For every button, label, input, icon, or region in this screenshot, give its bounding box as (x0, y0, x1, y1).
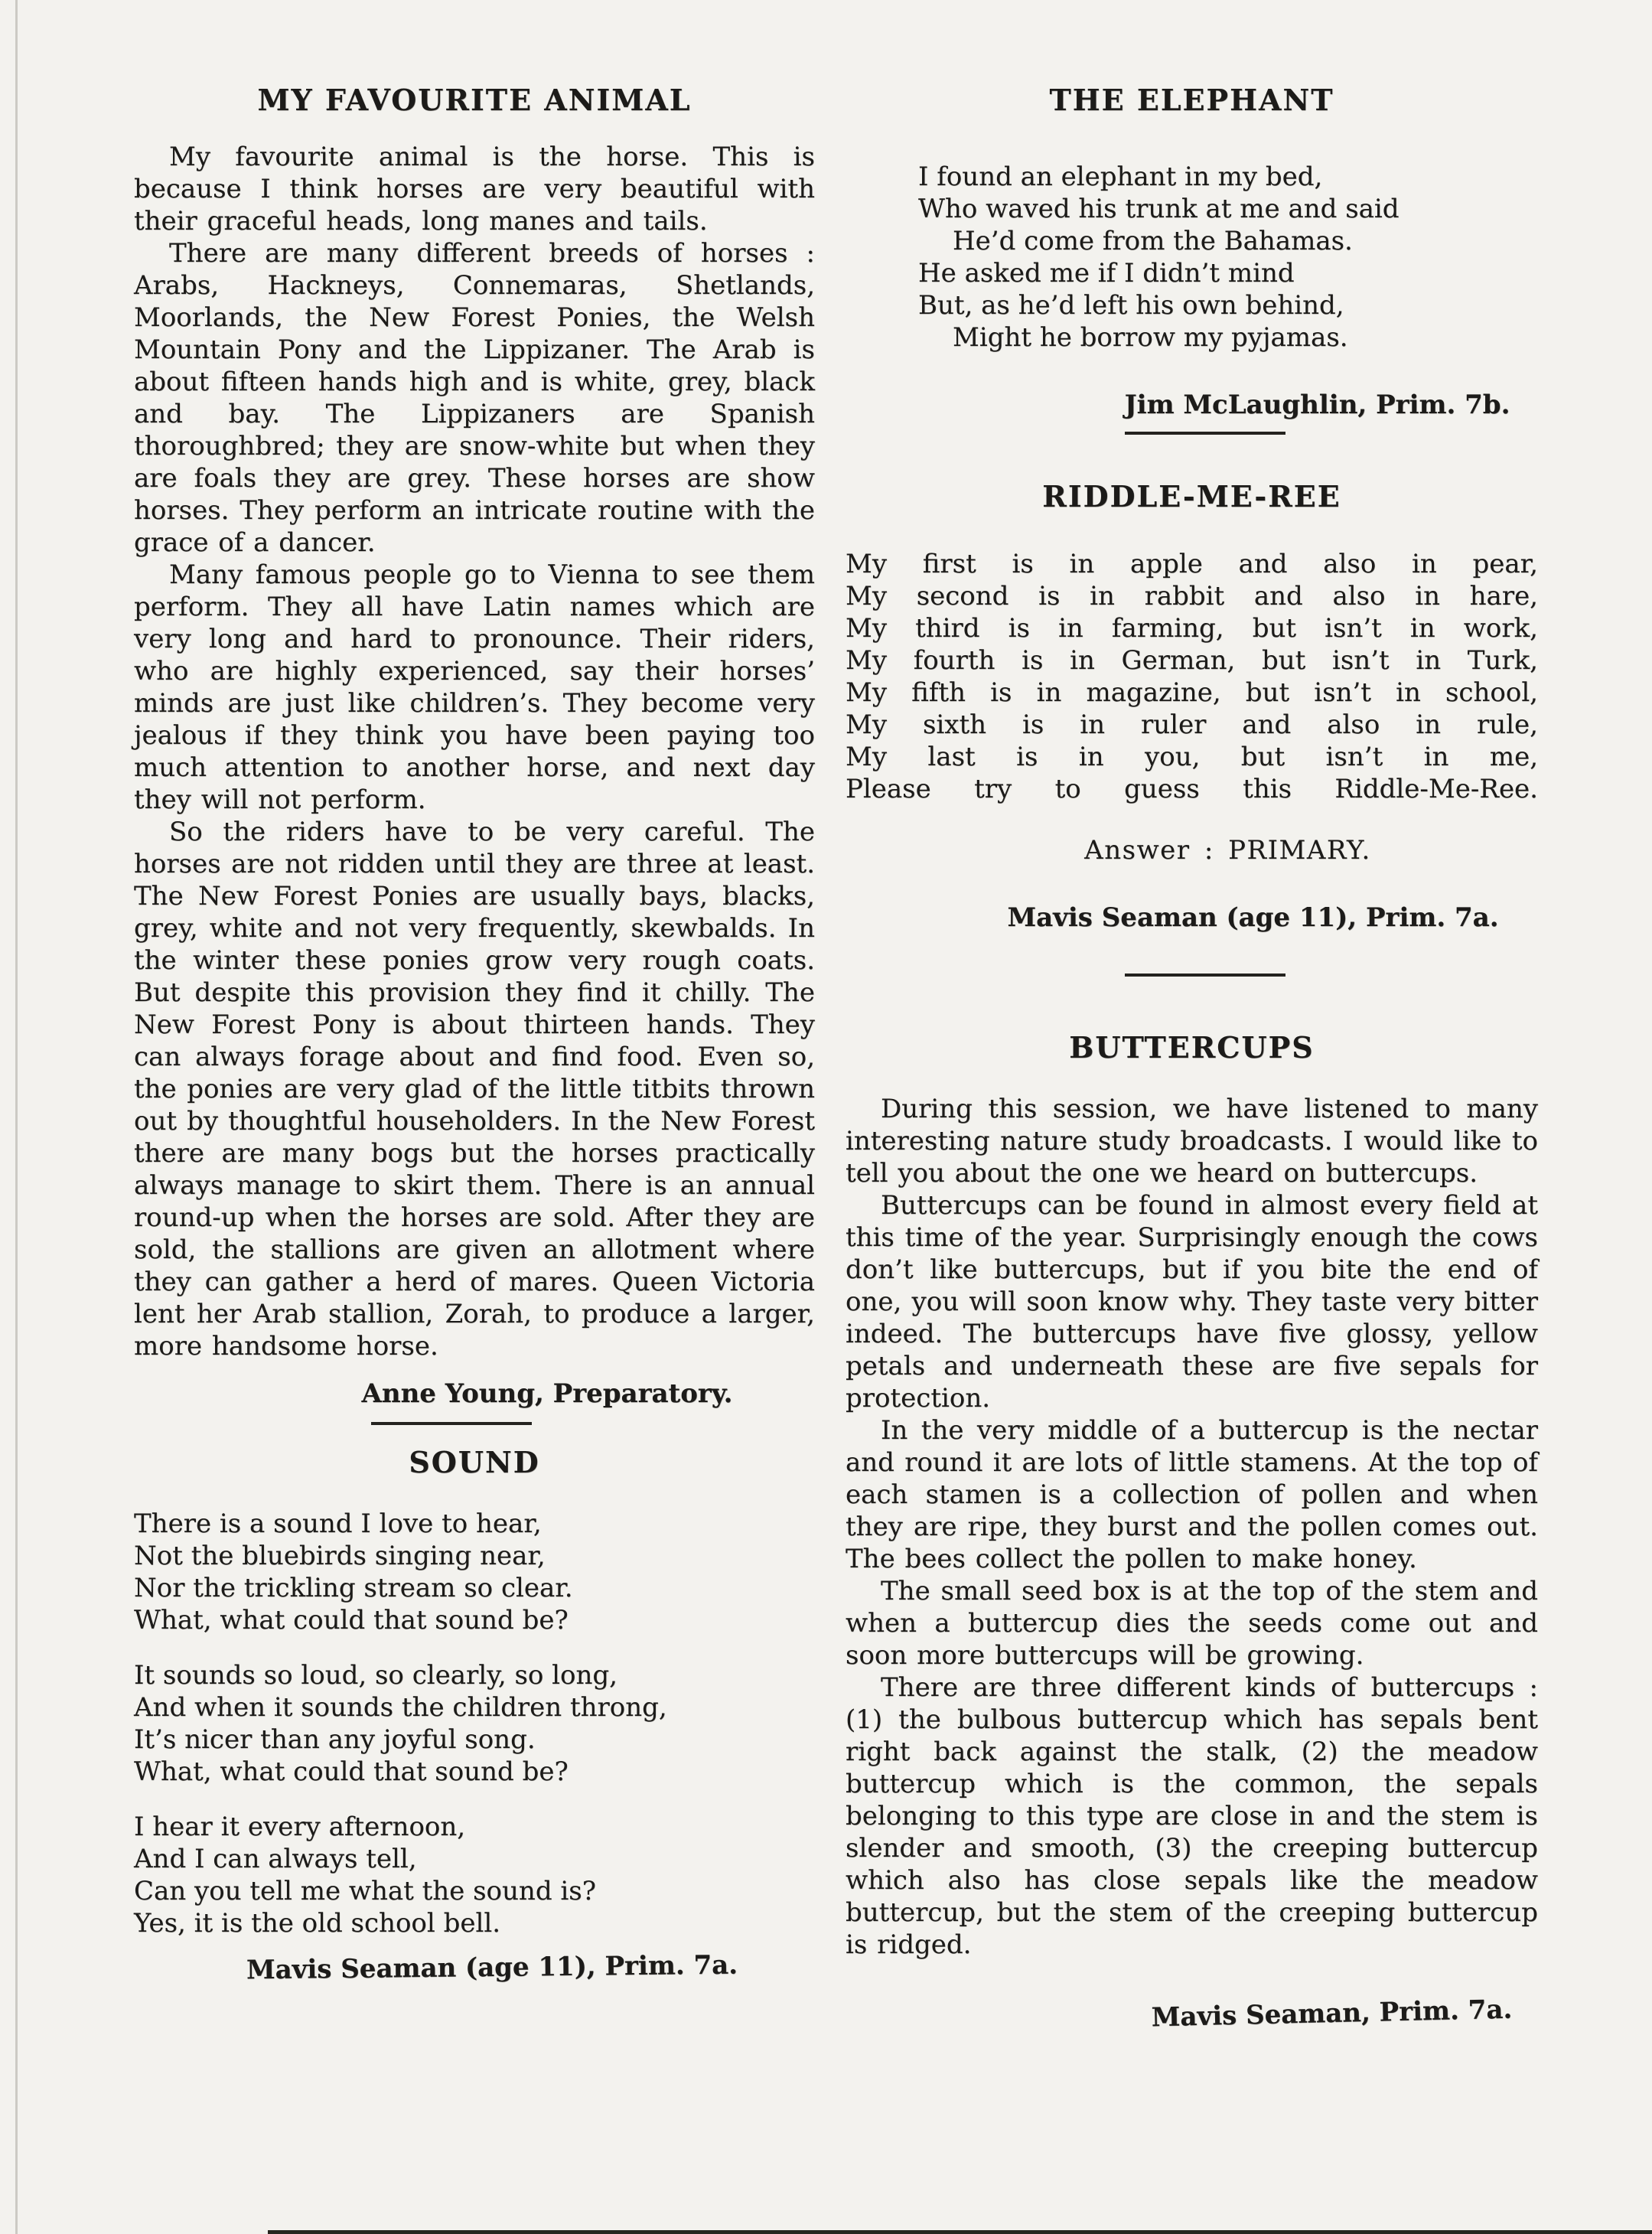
riddle-line: My sixth is in ruler and also in rule, (846, 709, 1538, 741)
poem-line: And when it sounds the children throng, (134, 1691, 815, 1724)
poem-line: I found an elephant in my bed, (918, 161, 1538, 193)
poem-stanza: It sounds so loud, so clearly, so long, … (134, 1659, 815, 1788)
poem-stanza: I hear it every afternoon, And I can alw… (134, 1811, 815, 1939)
article-paragraph: During this session, we have listened to… (846, 1093, 1538, 1189)
article-paragraph: The small seed box is at the top of the … (846, 1575, 1538, 1671)
riddle-line: My fifth is in magazine, but isn’t in sc… (846, 677, 1538, 709)
article-paragraph: Many famous people go to Vienna to see t… (134, 559, 815, 816)
article-paragraph: My favourite animal is the horse. This i… (134, 141, 815, 237)
article-paragraph: There are many different breeds of horse… (134, 237, 815, 559)
poem-title-the-elephant: THE ELEPHANT (846, 86, 1538, 115)
poem-line: What, what could that sound be? (134, 1604, 815, 1636)
riddle-answer: Answer : PRIMARY. (881, 834, 1574, 866)
article-paragraph: Buttercups can be found in almost every … (846, 1189, 1538, 1414)
poem-line: Not the bluebirds singing near, (134, 1540, 815, 1572)
poem-author: Mavis Seaman (age 11), Prim. 7a. (907, 902, 1599, 934)
poem-line: I hear it every afternoon, (134, 1811, 815, 1843)
poem-line: It sounds so loud, so clearly, so long, (134, 1659, 815, 1691)
left-column: MY FAVOURITE ANIMAL My favourite animal … (134, 86, 815, 1984)
section-divider (1125, 432, 1285, 435)
section-divider (1125, 974, 1285, 977)
poem-line: He’d come from the Bahamas. (918, 225, 1538, 257)
right-column: THE ELEPHANT I found an elephant in my b… (846, 86, 1538, 2030)
poem-line: There is a sound I love to hear, (134, 1508, 815, 1540)
page-fold-line (15, 0, 18, 2234)
poem-line: And I can always tell, (134, 1843, 815, 1875)
article-paragraph: There are three different kinds of butte… (846, 1671, 1538, 1961)
section-divider (371, 1422, 532, 1425)
poem-line: What, what could that sound be? (134, 1756, 815, 1788)
poem-the-elephant: I found an elephant in my bed, Who waved… (846, 161, 1538, 354)
riddle-line: My fourth is in German, but isn’t in Tur… (846, 644, 1538, 677)
page: { "page": { "colors": { "background": "#… (0, 0, 1652, 2234)
poem-author: Mavis Seaman (age 11), Prim. 7a. (152, 1948, 833, 1987)
scan-bottom-strip (268, 2230, 1652, 2234)
poem-line: Who waved his trunk at me and said (918, 193, 1538, 225)
poem-line: Can you tell me what the sound is? (134, 1875, 815, 1907)
article-paragraph: In the very middle of a buttercup is the… (846, 1414, 1538, 1575)
riddle-line: My first is in apple and also in pear, (846, 548, 1538, 580)
poem-line: He asked me if I didn’t mind (918, 257, 1538, 289)
poem-stanza: There is a sound I love to hear, Not the… (134, 1508, 815, 1636)
article-title-buttercups: BUTTERCUPS (846, 1033, 1538, 1062)
poem-line: It’s nicer than any joyful song. (134, 1724, 815, 1756)
poem-author: Jim McLaughlin, Prim. 7b. (971, 389, 1652, 421)
poem-line: Nor the trickling stream so clear. (134, 1572, 815, 1604)
article-title-my-favourite-animal: MY FAVOURITE ANIMAL (134, 86, 815, 115)
riddle-line: My second is in rabbit and also in hare, (846, 580, 1538, 612)
article-author: Mavis Seaman, Prim. 7a. (986, 1990, 1652, 2038)
riddle-line: My third is in farming, but isn’t in wor… (846, 612, 1538, 644)
riddle-lines: My first is in apple and also in pear, M… (846, 548, 1538, 805)
poem-line: Yes, it is the old school bell. (134, 1907, 815, 1939)
poem-title-sound: SOUND (134, 1448, 815, 1477)
riddle-line: My last is in you, but isn’t in me, (846, 741, 1538, 773)
poem-line: But, as he’d left his own behind, (918, 289, 1538, 321)
poem-title-riddle-me-ree: RIDDLE-ME-REE (846, 482, 1538, 511)
poem-line: Might he borrow my pyjamas. (918, 321, 1538, 354)
article-author: Anne Young, Preparatory. (207, 1378, 888, 1410)
article-paragraph: So the riders have to be very careful. T… (134, 816, 815, 1362)
riddle-line: Please try to guess this Riddle-Me-Ree. (846, 773, 1538, 805)
